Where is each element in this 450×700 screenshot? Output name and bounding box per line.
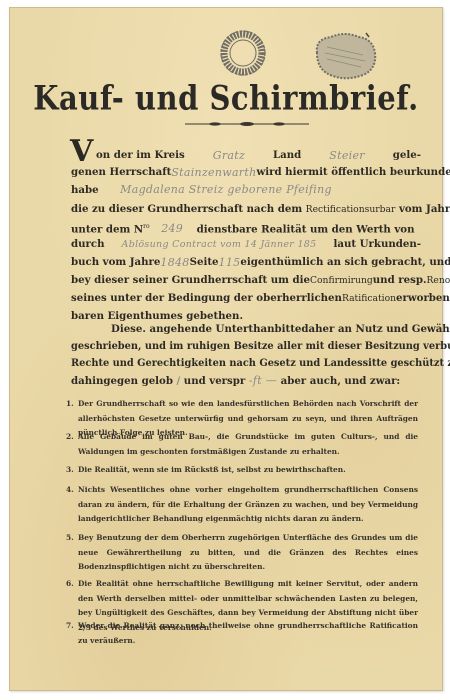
intro-line-7: buch vom Jahre 1848 Seite 115 eigenthüml… bbox=[71, 254, 421, 271]
condition-item: 7. Weder die Realität ganz, noch theilwe… bbox=[66, 619, 418, 648]
divider-ornament bbox=[185, 121, 309, 127]
petition-line-2: geschrieben, und im ruhigen Besitze alle… bbox=[71, 338, 421, 355]
document-page: Kauf- und Schirmbrief. V on der im Kreis… bbox=[9, 7, 443, 691]
handwritten-kreis: Gratz bbox=[213, 147, 245, 164]
intro-line-6: durch Ablösung Contract vom 14 Jänner 18… bbox=[71, 236, 421, 253]
condition-item: 4. Nichts Wesentliches ohne vorher einge… bbox=[66, 483, 418, 527]
document-title: Kauf- und Schirmbrief. bbox=[9, 78, 443, 117]
condition-item: 5. Bey Benutzung der dem Oberherrn zugeh… bbox=[66, 531, 418, 575]
condition-item: 3. Die Realität, wenn sie im Rückstß ist… bbox=[66, 463, 418, 478]
handwritten-mark: -ft — bbox=[249, 374, 277, 387]
intro-line-8: bey dieser seiner Grundherrschaft um die… bbox=[71, 272, 421, 289]
intro-line-4: die zu dieser Grundherrschaft nach dem R… bbox=[71, 200, 421, 218]
handwritten-number: 249 bbox=[161, 222, 183, 235]
petition-line-1: Diese. angehende Unterthan bitte daher a… bbox=[111, 321, 421, 338]
handwritten-page: 115 bbox=[219, 254, 241, 271]
intro-line-9: seines unter der Bedingung der oberherrl… bbox=[71, 290, 421, 307]
petition-line-3: Rechte und Gerechtigkeiten nach Gesetz u… bbox=[71, 355, 421, 372]
handwritten-book-year: 1848 bbox=[160, 254, 189, 271]
drop-cap: V bbox=[70, 137, 93, 167]
condition-item: 2. Alle Gebäude im guten Bau-, die Grund… bbox=[66, 430, 418, 459]
handwritten-land: Steier bbox=[329, 147, 365, 164]
intro-line-3: habe Magdalena Streiz geborene Pfeifing bbox=[71, 181, 421, 199]
intro-line-1: on der im Kreis Gratz Land Steier gele- bbox=[96, 147, 421, 164]
petition-line-4: dahingegen gelob / und verspr -ft — aber… bbox=[71, 372, 421, 390]
ornamental-ring-stamp-icon bbox=[220, 30, 266, 76]
handwritten-name: Magdalena Streiz geborene Pfeifing bbox=[120, 183, 332, 196]
handwritten-acquisition: Ablösung Contract vom 14 Jänner 185 bbox=[122, 236, 317, 253]
embossed-revenue-stamp-icon bbox=[311, 31, 379, 81]
intro-line-2: genen Herrschaft Stainzenwarth wird hier… bbox=[71, 164, 421, 181]
handwritten-herrschaft: Stainzenwarth bbox=[171, 164, 256, 181]
